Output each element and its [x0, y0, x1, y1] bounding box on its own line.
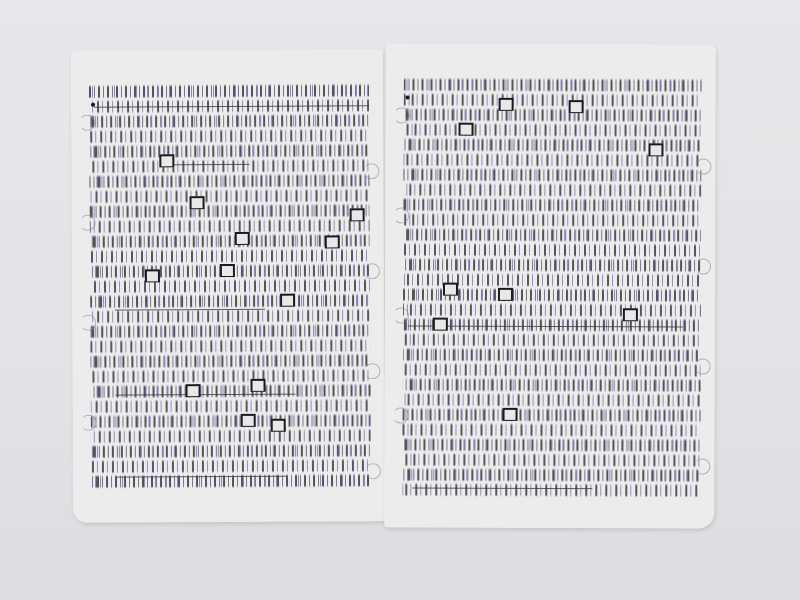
ink-box-glyph — [325, 235, 340, 248]
mark-row — [402, 482, 700, 497]
mark-row — [403, 227, 701, 242]
ink-box-glyph — [623, 308, 638, 321]
ink-dot — [91, 103, 95, 107]
mark-row — [89, 158, 369, 173]
mark-row — [404, 107, 702, 122]
mark-row — [90, 323, 370, 338]
scene-description: Photograph of two loose sheets of paper … — [0, 0, 1, 1]
ink-box-glyph — [186, 384, 201, 397]
ink-box-glyph — [499, 98, 514, 111]
mark-row — [403, 242, 701, 257]
margin-curl — [81, 415, 97, 431]
margin-curl — [695, 259, 711, 275]
ink-box-glyph — [433, 318, 448, 331]
margin-curl — [80, 215, 96, 231]
ink-box-glyph — [648, 143, 663, 156]
mark-row — [404, 77, 702, 92]
mark-row — [403, 332, 701, 347]
mark-row — [90, 293, 370, 308]
mark-row — [403, 407, 701, 422]
mark-row — [89, 173, 369, 188]
margin-curl — [393, 207, 409, 223]
mark-row — [90, 248, 370, 263]
margin-curl — [364, 263, 380, 279]
mark-row — [402, 437, 700, 452]
mark-row — [89, 128, 369, 143]
mark-row — [89, 113, 369, 128]
ink-box-glyph — [220, 264, 235, 277]
left-sheet — [71, 49, 385, 523]
mark-row — [403, 347, 701, 362]
mark-row — [91, 398, 371, 413]
margin-curl — [80, 315, 96, 331]
margin-curl — [365, 463, 381, 479]
ink-box-glyph — [443, 283, 458, 296]
ink-box-glyph — [498, 288, 513, 301]
mark-row — [403, 392, 701, 407]
ink-box-glyph — [459, 123, 474, 136]
margin-curl — [694, 459, 710, 475]
margin-curl — [394, 107, 410, 123]
ink-box-glyph — [271, 419, 286, 432]
mark-row — [403, 182, 701, 197]
mark-row — [403, 302, 701, 317]
mark-row — [91, 383, 371, 398]
mark-row — [403, 257, 701, 272]
mark-row — [90, 278, 370, 293]
margin-curl — [363, 163, 379, 179]
mark-row — [402, 467, 700, 482]
mark-row — [404, 92, 702, 107]
mark-row — [91, 458, 371, 473]
mark-row — [90, 368, 370, 383]
mark-row — [91, 413, 371, 428]
margin-curl — [695, 159, 711, 175]
ink-box-glyph — [569, 100, 584, 113]
ink-box-glyph — [235, 232, 250, 245]
margin-curl — [364, 363, 380, 379]
mark-row — [90, 308, 370, 323]
mark-row — [402, 452, 700, 467]
ink-box-glyph — [190, 196, 205, 209]
mark-row — [402, 422, 700, 437]
mark-row — [91, 443, 371, 458]
ink-box-glyph — [145, 269, 160, 282]
ink-box-glyph — [250, 379, 265, 392]
mark-row — [90, 218, 370, 233]
ink-box-glyph — [350, 208, 365, 221]
ink-box-glyph — [280, 294, 295, 307]
mark-row — [403, 362, 701, 377]
margin-curl — [393, 307, 409, 323]
mark-row — [89, 143, 369, 158]
mark-row — [403, 212, 701, 227]
margin-curl — [79, 115, 95, 131]
right-sheet — [384, 43, 716, 528]
ink-dot — [406, 95, 410, 99]
ink-box-glyph — [159, 154, 174, 167]
mark-row — [404, 122, 702, 137]
mark-row — [91, 428, 371, 443]
left-sheet-marks — [89, 83, 371, 482]
ink-box-glyph — [503, 408, 518, 421]
mark-row — [89, 188, 369, 203]
mark-row — [403, 377, 701, 392]
mark-row — [403, 167, 701, 182]
mark-row — [403, 197, 701, 212]
right-sheet-marks — [402, 77, 701, 488]
ink-box-glyph — [241, 414, 256, 427]
mark-row — [90, 353, 370, 368]
mark-row — [90, 338, 370, 353]
mark-row — [89, 83, 369, 98]
margin-curl — [393, 407, 409, 423]
mark-row — [90, 203, 370, 218]
margin-curl — [695, 359, 711, 375]
